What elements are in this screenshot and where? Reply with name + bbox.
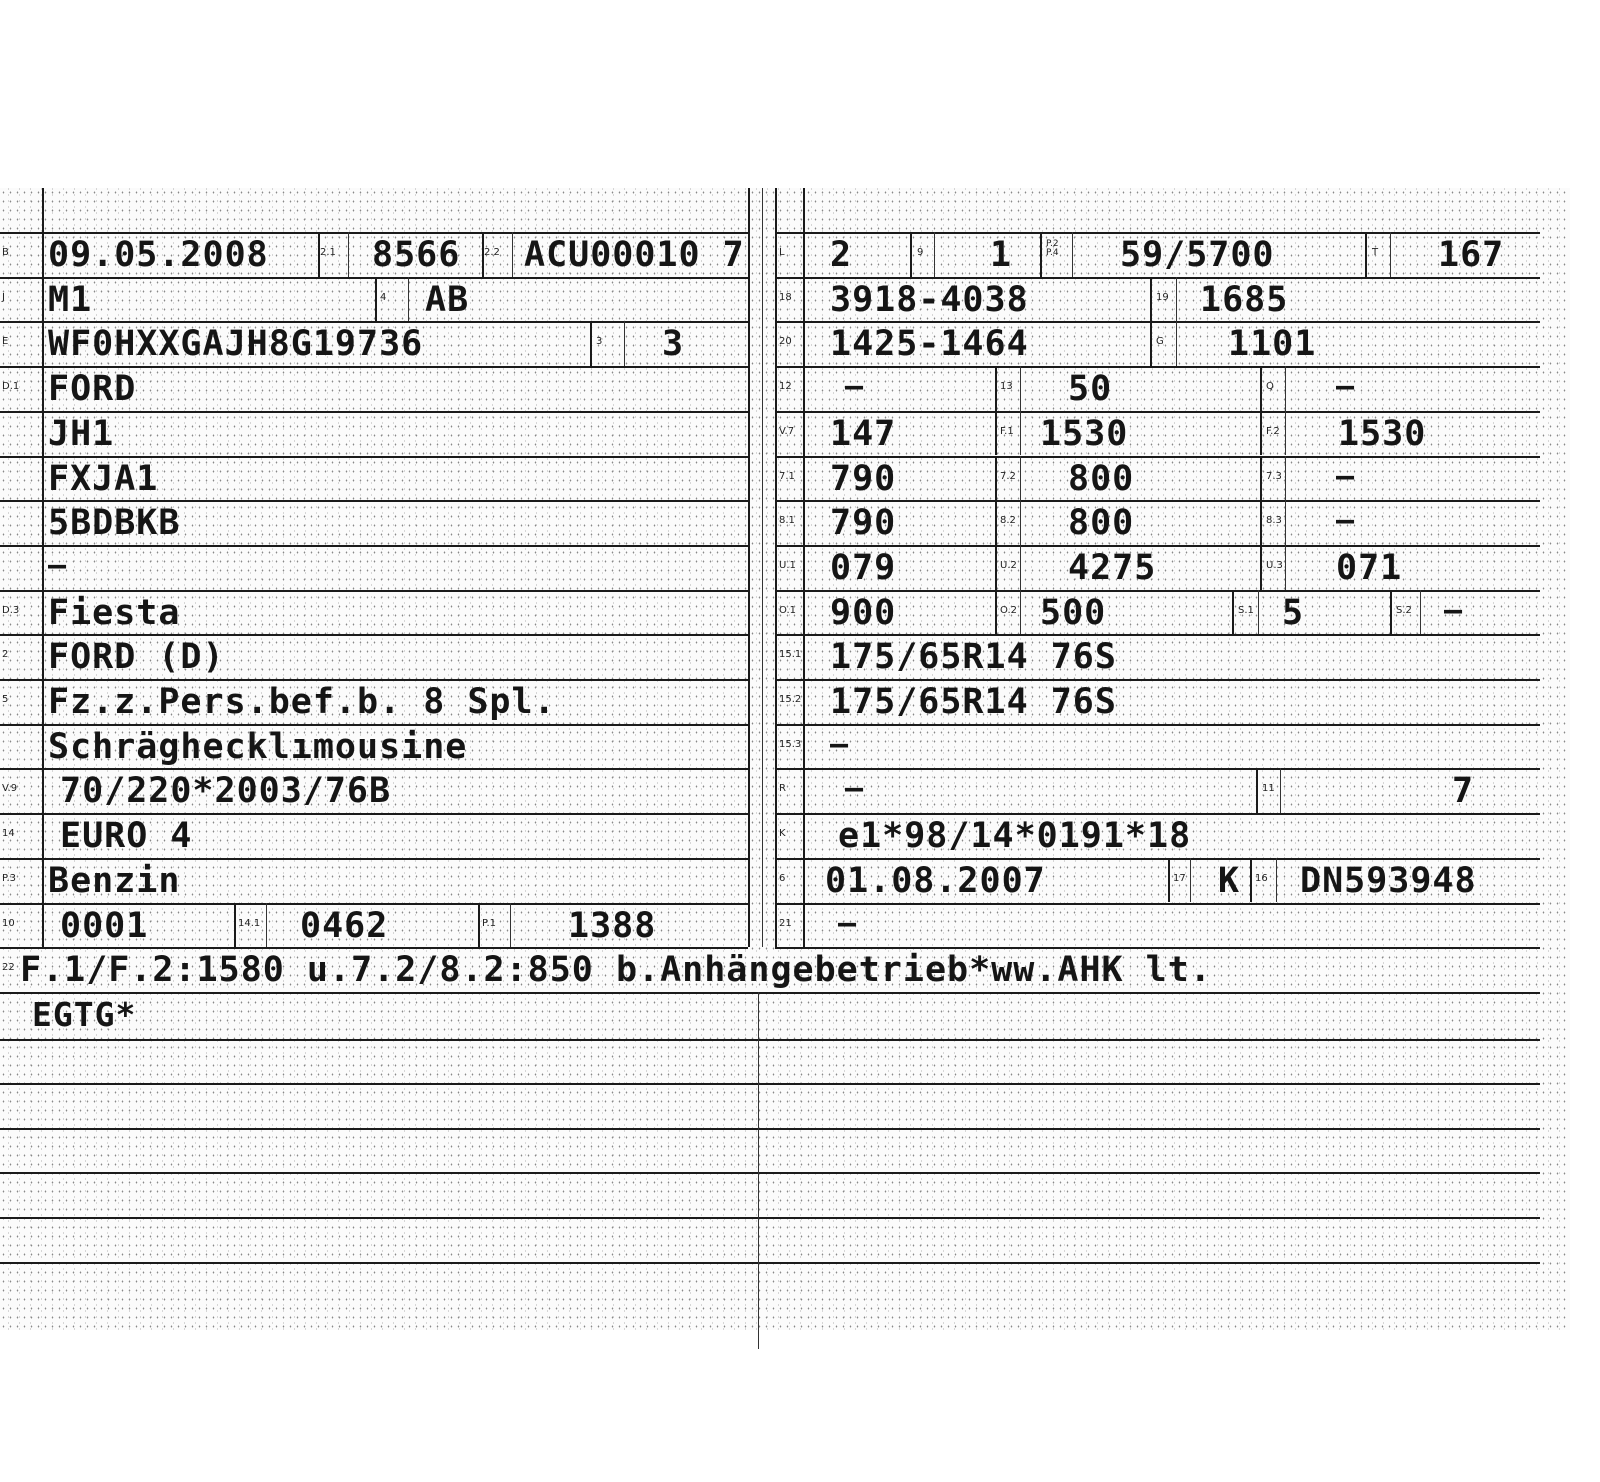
field-value-14: EURO 4 <box>60 819 192 854</box>
field-label-t: T <box>1372 248 1378 258</box>
field-value-u-3: 071 <box>1336 551 1402 586</box>
cell-divider <box>512 232 513 277</box>
cell-divider <box>1276 858 1277 903</box>
field-value-t: 167 <box>1438 238 1504 273</box>
field-value-u-1: 079 <box>830 551 896 586</box>
cell-divider <box>1420 590 1421 635</box>
field-value-u-2: 4275 <box>1068 551 1156 586</box>
field-value-14-1: 0462 <box>300 909 388 944</box>
cell-divider <box>408 277 409 322</box>
cell-divider <box>995 411 997 456</box>
field-value-d-3: Fiesta <box>48 596 180 631</box>
field-value-6: 01.08.2007 <box>825 864 1046 899</box>
cell-divider <box>1260 545 1262 590</box>
cell-divider <box>1020 545 1021 590</box>
cell-divider <box>1072 232 1073 277</box>
row-divider-left <box>0 277 748 279</box>
field-value-15-1: 175/65R14 76S <box>830 640 1117 675</box>
field-label-15-1: 15.1 <box>779 650 801 660</box>
cell-divider <box>1020 590 1021 635</box>
cell-divider <box>995 590 997 635</box>
cell-divider <box>478 903 480 948</box>
field-label-d-3: D.3 <box>2 606 19 616</box>
field-label-g: G <box>1156 337 1164 347</box>
field-label-7-1: 7.1 <box>779 472 795 482</box>
field-value-e: WF0HXXGAJH8G19736 <box>48 327 423 362</box>
field-label-s-2: S.2 <box>1396 606 1412 616</box>
field-label-6: 6 <box>779 874 785 884</box>
field-label-18: 18 <box>779 293 792 303</box>
row-divider-left <box>0 366 748 368</box>
cell-divider <box>1040 232 1042 277</box>
field-value-19: 1685 <box>1200 283 1288 318</box>
row-divider-right <box>775 500 1540 502</box>
field-label-7-2: 7.2 <box>1000 472 1016 482</box>
field-value-10: 0001 <box>60 909 148 944</box>
row-divider-left <box>0 590 748 592</box>
field-label-v-7: V.7 <box>779 427 794 437</box>
field-value-q: – <box>1336 372 1355 402</box>
field-label-s-1: S.1 <box>1238 606 1254 616</box>
cell-divider <box>510 903 511 948</box>
field-label-f-2: F.2 <box>1266 427 1280 437</box>
cell-divider <box>1150 277 1152 322</box>
cell-divider <box>995 500 997 545</box>
cell-divider <box>1176 321 1177 366</box>
field-label-u-1: U.1 <box>779 561 796 571</box>
field-value-b: 09.05.2008 <box>48 238 269 273</box>
field-label-7-3: 7.3 <box>1266 472 1282 482</box>
fold-line-lower <box>758 992 759 1350</box>
field-value-2-2: ACU00010 7 <box>524 238 745 273</box>
field-value-4: AB <box>425 283 469 318</box>
cell-divider <box>1150 321 1152 366</box>
field-label-15-2: 15.2 <box>779 695 801 705</box>
row-divider-left <box>0 768 748 770</box>
field-label-3: 3 <box>596 337 602 347</box>
field-label-o-1: O.1 <box>779 606 796 616</box>
field-label-b: B <box>2 248 9 258</box>
row-divider-right <box>775 590 1540 592</box>
cell-divider <box>1020 366 1021 411</box>
field-label-14: 14 <box>2 829 15 839</box>
field-label-10: 10 <box>2 919 15 929</box>
field-value-8-1: 790 <box>830 506 896 541</box>
row-divider-left <box>0 232 748 234</box>
field-value-p-2-p-4: 59/5700 <box>1120 238 1275 273</box>
field-label-19: 19 <box>1156 293 1169 303</box>
field-label-22: 22 <box>2 963 15 973</box>
field-label-l: L <box>779 248 785 258</box>
row-divider-right <box>775 947 1540 949</box>
row-divider-right <box>775 813 1540 815</box>
cell-divider <box>995 545 997 590</box>
cell-divider <box>1390 590 1392 635</box>
row-divider-right <box>775 366 1540 368</box>
field-value-7-2: 800 <box>1068 462 1134 497</box>
field-label-14-1: 14.1 <box>238 919 260 929</box>
field-value-15-2: 175/65R14 76S <box>830 685 1117 720</box>
field-label-4: 4 <box>380 293 386 303</box>
cell-divider <box>1020 411 1021 456</box>
field-value-9: 1 <box>990 238 1012 273</box>
cell-divider <box>1280 768 1281 813</box>
row-divider-left <box>0 813 748 815</box>
field-value-2: FORD (D) <box>48 640 225 675</box>
field-label-8-3: 8.3 <box>1266 516 1282 526</box>
field-label-17: 17 <box>1173 874 1186 884</box>
field-label-f-1: F.1 <box>1000 427 1014 437</box>
cell-divider <box>1232 590 1234 635</box>
field-value-g: 1101 <box>1228 327 1316 362</box>
row-divider-right <box>775 903 1540 905</box>
field-label-11: 11 <box>1262 784 1275 794</box>
field-label-8-1: 8.1 <box>779 516 795 526</box>
field-value-v-9: 70/220*2003/76B <box>60 774 391 809</box>
row-divider-left <box>0 858 748 860</box>
cell-divider <box>1258 590 1259 635</box>
field-label-e: E <box>2 337 8 347</box>
field-label-20: 20 <box>779 337 792 347</box>
field-value-21: – <box>838 909 857 939</box>
left-panel-border <box>748 188 750 947</box>
field-label-21: 21 <box>779 919 792 929</box>
field-label-u-2: U.2 <box>1000 561 1017 571</box>
row-divider-left <box>0 724 748 726</box>
field-value-row-7: – <box>48 551 67 581</box>
row-divider-left <box>0 679 748 681</box>
field-value-row-6: 5BDBKB <box>48 506 180 541</box>
field-label-u-3: U.3 <box>1266 561 1283 571</box>
field-label-2-2: 2.2 <box>484 248 500 258</box>
blank-remarks-line <box>0 1262 1540 1264</box>
row-divider-right <box>775 634 1540 636</box>
row-divider-left <box>0 500 748 502</box>
row-divider-right <box>775 858 1540 860</box>
field-label-p-2-p-4: P.2 P.4 <box>1046 240 1064 258</box>
field-value-l: 2 <box>830 238 852 273</box>
field-label-16: 16 <box>1255 874 1268 884</box>
field-label-q: Q <box>1266 382 1274 392</box>
field-value-11: 7 <box>1452 774 1474 809</box>
blank-remarks-line <box>0 1217 1540 1219</box>
right-panel-border <box>775 188 777 947</box>
field-value-d-2: JH1 <box>48 417 114 452</box>
field-value-r: – <box>845 774 864 804</box>
field-label-p-3: P.3 <box>2 874 16 884</box>
field-value-s-2: – <box>1444 596 1463 626</box>
field-value-row-5: FXJA1 <box>48 462 158 497</box>
field-label-r: R <box>779 784 786 794</box>
cell-divider <box>934 232 935 277</box>
cell-divider <box>234 903 236 948</box>
field-value-v-7: 147 <box>830 417 896 452</box>
field-value-8-2: 800 <box>1068 506 1134 541</box>
row-divider-right <box>775 321 1540 323</box>
field-value-f-2: 1530 <box>1338 417 1426 452</box>
field-value-o-2: 500 <box>1040 596 1106 631</box>
field-value-18: 3918-4038 <box>830 283 1029 318</box>
field-value-2-1: 8566 <box>372 238 460 273</box>
cell-divider <box>995 456 997 501</box>
field-value-p-3: Benzin <box>48 864 180 899</box>
row-divider-right <box>775 411 1540 413</box>
field-label-k: K <box>779 829 786 839</box>
cell-divider <box>1260 411 1262 456</box>
field-label-8-2: 8.2 <box>1000 516 1016 526</box>
field-value-20: 1425-1464 <box>830 327 1029 362</box>
cell-divider <box>1168 858 1170 903</box>
blank-remarks-line <box>0 1083 1540 1085</box>
cell-divider <box>1260 500 1262 545</box>
cell-divider <box>266 903 267 948</box>
cell-divider <box>375 277 377 322</box>
left-label-column-border <box>42 188 44 947</box>
field-value-row-11: Schräghecklımousine <box>48 730 467 765</box>
row-divider-left <box>0 411 748 413</box>
cell-divider <box>1285 366 1286 411</box>
field-label-15-3: 15.3 <box>779 740 801 750</box>
field-value-17: K <box>1218 864 1240 899</box>
row-divider-right <box>775 724 1540 726</box>
field-value-o-1: 900 <box>830 596 896 631</box>
cell-divider <box>910 232 912 277</box>
row-divider-left <box>0 456 748 458</box>
field-value-7-3: – <box>1336 462 1355 492</box>
field-value-13: 50 <box>1068 372 1112 407</box>
field-label-9: 9 <box>917 248 923 258</box>
field-label-j: J <box>2 293 5 303</box>
field-label-d-1: D.1 <box>2 382 19 392</box>
field-value-16: DN593948 <box>1300 864 1477 899</box>
field-label-o-2: O.2 <box>1000 606 1017 616</box>
remarks-line-1: F.1/F.2:1580 u.7.2/8.2:850 b.Anhängebetr… <box>20 953 1212 988</box>
cell-divider <box>1285 456 1286 501</box>
cell-divider <box>1260 366 1262 411</box>
cell-divider <box>1390 232 1391 277</box>
row-divider-right <box>775 768 1540 770</box>
row-divider-right <box>775 277 1540 279</box>
row-divider-right <box>775 232 1540 234</box>
cell-divider <box>1020 500 1021 545</box>
cell-divider <box>1260 456 1262 501</box>
field-label-v-9: V.9 <box>2 784 17 794</box>
field-label-2: 2 <box>2 650 8 660</box>
field-value-j: M1 <box>48 283 92 318</box>
blank-remarks-line <box>0 1128 1540 1130</box>
field-value-s-1: 5 <box>1282 596 1304 631</box>
cell-divider <box>1285 411 1286 456</box>
row-divider-left <box>0 903 748 905</box>
cell-divider <box>1176 277 1177 322</box>
field-value-3: 3 <box>662 327 684 362</box>
row-divider-right <box>775 456 1540 458</box>
field-value-12: – <box>845 372 864 402</box>
fold-line <box>762 188 763 947</box>
cell-divider <box>995 366 997 411</box>
blank-remarks-line <box>0 1172 1540 1174</box>
field-value-5: Fz.z.Pers.bef.b. 8 Spl. <box>48 685 556 720</box>
field-value-d-1: FORD <box>48 372 136 407</box>
field-label-13: 13 <box>1000 382 1013 392</box>
row-divider-left <box>0 634 748 636</box>
row-divider-right <box>775 679 1540 681</box>
row-divider-left <box>0 321 748 323</box>
field-value-k: e1*98/14*0191*18 <box>838 819 1191 854</box>
field-label-5: 5 <box>2 695 8 705</box>
cell-divider <box>1020 456 1021 501</box>
cell-divider <box>348 232 349 277</box>
remarks-divider <box>0 992 1540 994</box>
field-label-p-1: P.1 <box>482 919 496 929</box>
cell-divider <box>1250 858 1252 903</box>
cell-divider <box>1365 232 1367 277</box>
cell-divider <box>1285 500 1286 545</box>
blank-remarks-line <box>0 1039 1540 1041</box>
field-value-8-3: – <box>1336 506 1355 536</box>
field-value-p-1: 1388 <box>568 909 656 944</box>
cell-divider <box>624 321 625 366</box>
field-label-2-1: 2.1 <box>320 248 336 258</box>
remarks-line-2: EGTG* <box>32 998 136 1031</box>
cell-divider <box>590 321 592 366</box>
field-label-12: 12 <box>779 382 792 392</box>
field-value-f-1: 1530 <box>1040 417 1128 452</box>
cell-divider <box>1256 768 1258 813</box>
row-divider-left <box>0 947 748 949</box>
cell-divider <box>1190 858 1191 903</box>
field-value-15-3: – <box>830 730 849 760</box>
row-divider-right <box>775 545 1540 547</box>
field-value-7-1: 790 <box>830 462 896 497</box>
row-divider-left <box>0 545 748 547</box>
cell-divider <box>1285 545 1286 590</box>
right-label-column-border <box>803 188 805 947</box>
